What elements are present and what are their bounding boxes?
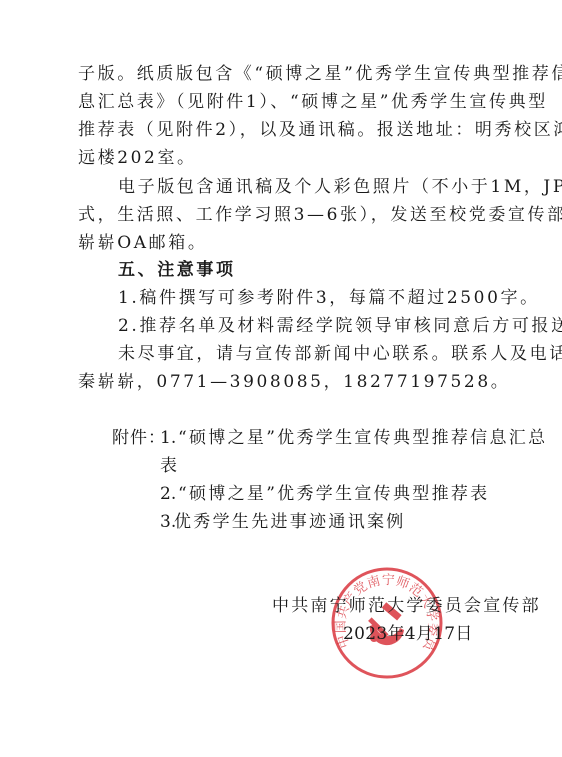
official-seal-icon: 中国共产党南宁师范大学委员会宣传部 bbox=[330, 566, 444, 680]
attachment-item: “硕博之星”优秀学生宣传典型推荐表 bbox=[178, 484, 508, 504]
section-heading: 五、注意事项 bbox=[118, 260, 534, 280]
notice-item: 1.稿件撰写可参考附件3，每篇不超过2500字。 bbox=[118, 288, 534, 308]
paragraph-line: 推荐表（见附件2），以及通讯稿。报送地址：明秀校区鸿 bbox=[78, 120, 494, 140]
paragraph-line: 远楼202室。 bbox=[78, 148, 494, 168]
attachment-number: 1. bbox=[160, 428, 180, 448]
attachment-item-wrap: 表 bbox=[160, 456, 562, 476]
paragraph-line: 息汇总表》（见附件1）、“硕博之星”优秀学生宣传典型 bbox=[78, 92, 494, 112]
paragraph-line: 崭崭OA邮箱。 bbox=[78, 233, 494, 253]
attachment-item: “硕博之星”优秀学生宣传典型推荐信息汇总 bbox=[178, 428, 508, 448]
notice-item: 2.推荐名单及材料需经学院领导审核同意后方可报送。 bbox=[118, 316, 534, 336]
signature-date: 2023年4月17日 bbox=[343, 624, 473, 644]
contact-line: 未尽事宜，请与宣传部新闻中心联系。联系人及电话： bbox=[118, 344, 534, 364]
attachment-number: 2. bbox=[160, 484, 180, 504]
paragraph-line: 式，生活照、工作学习照3—6张），发送至校党委宣传部秦 bbox=[78, 205, 494, 225]
contact-line: 秦崭崭，0771—3908085，18277197528。 bbox=[78, 372, 494, 392]
paragraph-line: 电子版包含通讯稿及个人彩色照片（不小于1M，JPG格 bbox=[118, 177, 494, 197]
paragraph-line: 子版。纸质版包含《“硕博之星”优秀学生宣传典型推荐信 bbox=[78, 64, 494, 84]
signature-organization: 中共南宁师范大学委员会宣传部 bbox=[272, 596, 541, 616]
attachment-item: 优秀学生先进事迹通讯案例 bbox=[174, 512, 504, 532]
